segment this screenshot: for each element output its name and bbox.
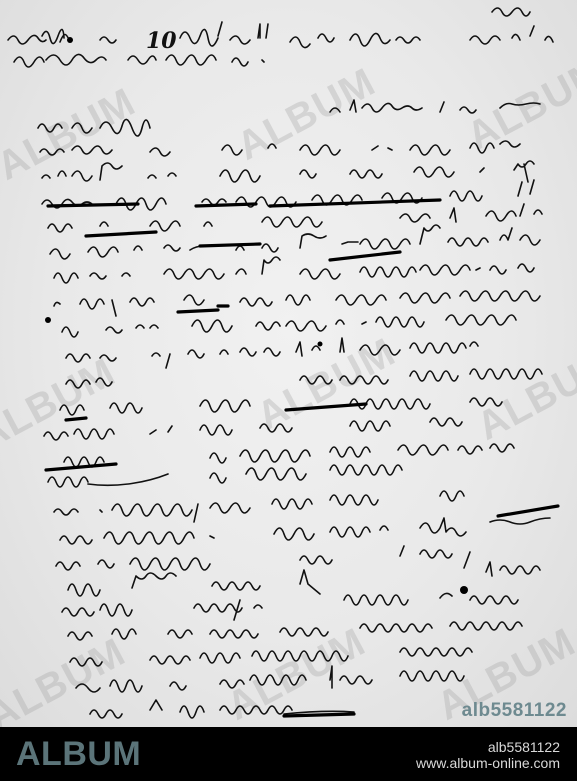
website-link[interactable]: www.album-online.com bbox=[416, 755, 560, 771]
footer-info: alb5581122 www.album-online.com bbox=[416, 739, 560, 771]
image-id: alb5581122 bbox=[416, 739, 560, 755]
handwriting-strokes bbox=[0, 0, 577, 727]
brand-logo: ALBUM bbox=[16, 735, 141, 774]
image-id-stamp: alb5581122 bbox=[462, 700, 567, 722]
manuscript-photo: ALBUM ALBUM ALBUM ALBUM ALBUM ALBUM ALBU… bbox=[0, 0, 577, 727]
footer-bar: ALBUM alb5581122 www.album-online.com bbox=[0, 727, 577, 781]
handwritten-numeral: 10 bbox=[146, 28, 177, 54]
